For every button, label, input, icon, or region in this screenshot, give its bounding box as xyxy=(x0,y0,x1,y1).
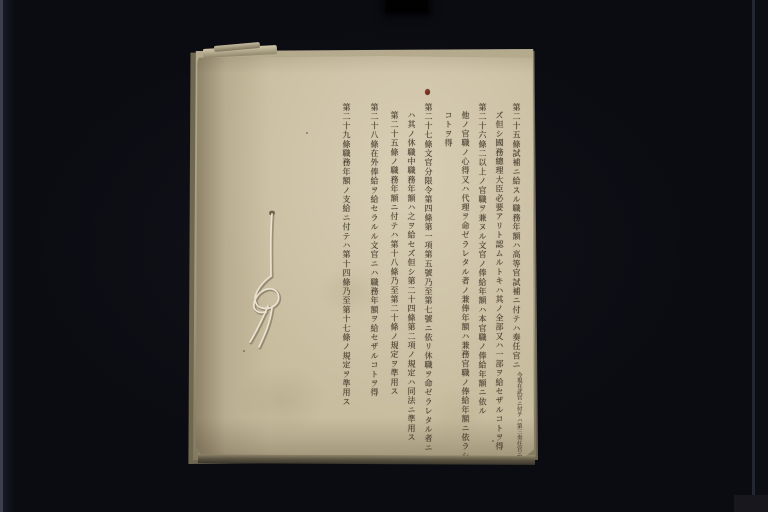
vertical-text-block: 第二十五條試補ニ給スル職務年額ハ高等官試補ニ付テハ奏任官ニ今現在武官ニ付テハ第三… xyxy=(338,103,525,455)
text-column-article-27: 第二十七條文官分限令第四條第一項第五號乃至第七號ニ依リ休職ヲ命ゼラレタル者ニ xyxy=(420,103,437,455)
article-body: 他ノ官職ノ心得又ハ代理ヲ命ゼラレタル者ノ兼俸年額ハ兼務官職ノ俸給年額ニ依ラシムル xyxy=(461,111,470,479)
article-heading: 第二十六條 xyxy=(478,103,487,149)
frame-left-shadow xyxy=(3,0,15,512)
warichu-line: 今現在武官ニ付テハ xyxy=(516,372,522,423)
manuscript-page: 第二十五條試補ニ給スル職務年額ハ高等官試補ニ付テハ奏任官ニ今現在武官ニ付テハ第三… xyxy=(196,56,534,456)
frame-right-shadow xyxy=(755,0,768,512)
frame-top-notch xyxy=(386,0,428,13)
article-body: 職務年額ノ支給ニ付テハ第十四條乃至第十七條ノ規定ヲ準用ス xyxy=(342,149,351,407)
article-body: 二以上ノ官職ヲ兼ヌル文官ノ俸給年額ハ本官職ノ俸給年額ニ依ル xyxy=(478,149,487,416)
paper-speck xyxy=(243,350,245,352)
article-body: ズ但シ國務總理大臣必要アリト認ムルトキハ其ノ全部又ハ一部ヲ給セザルコトヲ得 xyxy=(495,111,504,451)
text-column-continuation: コトヲ得 xyxy=(440,103,457,455)
text-column-continuation: ズ但シ國務總理大臣必要アリト認ムルトキハ其ノ全部又ハ一部ヲ給セザルコトヲ得 xyxy=(491,103,508,455)
article-heading: 第二十八條 xyxy=(370,103,379,149)
article-body: 試補ニ給スル職務年額ハ高等官試補ニ付テハ奏任官ニ xyxy=(512,149,521,370)
warichu-note: 今現在武官ニ付テハ第三奏任官ニ準ズ xyxy=(515,372,522,469)
article-body: 第二十五條ノ職務年額ニ付テハ第十八條乃至第二十條ノ規定ヲ準用ス xyxy=(390,111,399,396)
red-seal-dot xyxy=(425,89,430,95)
photo-of-document: 第二十五條試補ニ給スル職務年額ハ高等官試補ニ付テハ奏任官ニ今現在武官ニ付テハ第三… xyxy=(0,0,768,512)
text-column-continuation: 第二十五條ノ職務年額ニ付テハ第十八條乃至第二十條ノ規定ヲ準用ス xyxy=(386,103,403,455)
article-body: 文官分限令第四條第一項第五號乃至第七號ニ依リ休職ヲ命ゼラレタル者ニ xyxy=(424,149,433,453)
text-column-article-28: 第二十八條在外俸給ヲ給セラルル文官ニハ職務年額ヲ給セザルコトヲ得 xyxy=(366,103,383,455)
text-column-article-26: 第二十六條二以上ノ官職ヲ兼ヌル文官ノ俸給年額ハ本官職ノ俸給年額ニ依ル xyxy=(474,103,491,455)
text-column-continuation: ハ其ノ休職中職務年額ハ之ヲ給セズ但シ第二十四條第二項ノ規定ハ同法ニ準用ス xyxy=(403,103,420,455)
article-heading: 第二十九條 xyxy=(342,103,351,149)
article-body: 在外俸給ヲ給セラルル文官ニハ職務年額ヲ給セザルコトヲ得 xyxy=(370,149,379,397)
text-column-article-25: 第二十五條試補ニ給スル職務年額ハ高等官試補ニ付テハ奏任官ニ今現在武官ニ付テハ第三… xyxy=(508,103,525,455)
article-heading: 第二十五條 xyxy=(512,103,521,149)
article-body: コトヲ得 xyxy=(444,111,453,148)
article-heading: 第二十七條 xyxy=(424,103,433,149)
paper-stain xyxy=(236,366,326,436)
text-column-continuation: 他ノ官職ノ心得又ハ代理ヲ命ゼラレタル者ノ兼俸年額ハ兼務官職ノ俸給年額ニ依ラシムル xyxy=(457,103,474,455)
text-column-article-29: 第二十九條職務年額ノ支給ニ付テハ第十四條乃至第十七條ノ規定ヲ準用ス xyxy=(338,103,355,455)
frame-corner-patch xyxy=(734,495,768,512)
paper-speck xyxy=(306,132,308,134)
article-body: ハ其ノ休職中職務年額ハ之ヲ給セズ但シ第二十四條第二項ノ規定ハ同法ニ準用ス xyxy=(407,111,416,442)
